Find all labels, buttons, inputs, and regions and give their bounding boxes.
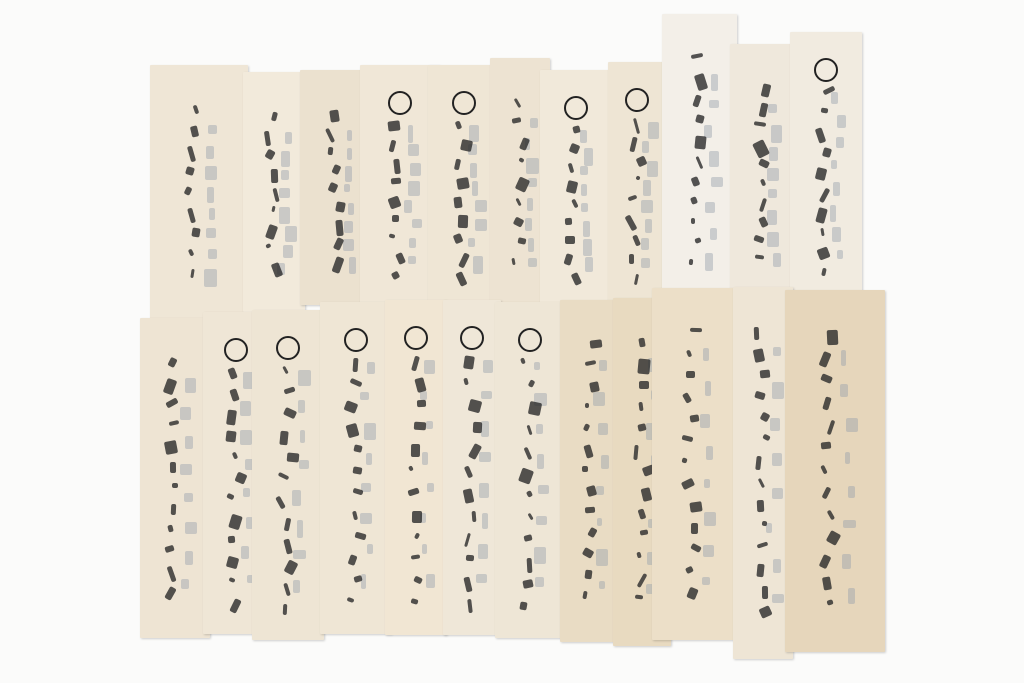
- faint-writing: [204, 269, 217, 287]
- calligraphy-stroke: [636, 551, 642, 558]
- faint-writing: [408, 181, 420, 196]
- calligraphy-stroke: [226, 430, 238, 442]
- faint-writing: [206, 228, 216, 238]
- calligraphy-stroke: [759, 102, 769, 118]
- faint-writing: [841, 350, 847, 366]
- faint-writing: [709, 100, 720, 108]
- faint-writing: [279, 207, 290, 224]
- calligraphy-stroke: [164, 544, 174, 552]
- calligraphy-stroke: [164, 440, 178, 455]
- faint-writing: [528, 178, 537, 187]
- calligraphy-stroke: [170, 462, 176, 473]
- faint-writing: [534, 362, 541, 370]
- faint-writing: [581, 203, 589, 212]
- calligraphy-stroke: [353, 358, 359, 372]
- faint-writing: [767, 210, 777, 225]
- calligraphy-stroke: [690, 196, 698, 205]
- faint-writing: [360, 513, 372, 523]
- calligraphy-stroke: [691, 218, 695, 224]
- calligraphy-stroke: [325, 128, 335, 143]
- calligraphy-stroke: [352, 510, 358, 519]
- calligraphy-stroke: [817, 246, 831, 260]
- calligraphy-stroke: [411, 554, 420, 559]
- calligraphy-stroke: [625, 215, 638, 232]
- calligraphy-stroke: [585, 360, 597, 366]
- document-photo: [0, 0, 1024, 683]
- calligraphy-stroke: [279, 431, 288, 446]
- calligraphy-stroke: [756, 499, 764, 511]
- faint-writing: [705, 202, 715, 213]
- faint-writing: [366, 453, 372, 466]
- faint-writing: [830, 205, 837, 222]
- faint-writing: [285, 132, 293, 144]
- calligraphy-stroke: [165, 586, 178, 601]
- faint-writing: [528, 258, 537, 267]
- calligraphy-stroke: [412, 511, 422, 523]
- calligraphy-stroke: [458, 253, 470, 269]
- calligraphy-stroke: [635, 176, 640, 181]
- faint-writing: [536, 516, 547, 525]
- calligraphy-stroke: [638, 359, 651, 375]
- calligraphy-stroke: [228, 577, 235, 583]
- calligraphy-stroke: [762, 586, 768, 599]
- faint-writing: [185, 551, 193, 565]
- calligraphy-stroke: [411, 444, 420, 457]
- faint-writing: [705, 253, 712, 270]
- calligraphy-stroke: [635, 155, 647, 167]
- calligraphy-stroke: [453, 158, 461, 170]
- calligraphy-stroke: [568, 143, 579, 155]
- calligraphy-stroke: [191, 228, 201, 238]
- faint-writing: [475, 200, 488, 212]
- calligraphy-stroke: [762, 433, 771, 441]
- calligraphy-stroke: [696, 114, 706, 123]
- bottom-row-paper-strip: [733, 287, 793, 659]
- faint-writing: [848, 486, 855, 498]
- faint-writing: [279, 188, 290, 197]
- faint-writing: [479, 483, 489, 499]
- calligraphy-stroke: [188, 248, 195, 256]
- calligraphy-stroke: [472, 510, 476, 522]
- faint-writing: [526, 158, 539, 174]
- calligraphy-stroke: [582, 465, 588, 471]
- faint-writing: [584, 148, 593, 165]
- calligraphy-stroke: [760, 179, 766, 187]
- faint-writing: [293, 580, 299, 593]
- faint-writing: [205, 166, 217, 180]
- faint-writing: [766, 523, 772, 533]
- calligraphy-stroke: [827, 420, 836, 436]
- calligraphy-stroke: [464, 466, 473, 479]
- calligraphy-stroke: [590, 339, 603, 348]
- calligraphy-stroke: [513, 98, 520, 108]
- calligraphy-stroke: [527, 513, 533, 520]
- calligraphy-stroke: [753, 348, 766, 363]
- calligraphy-stroke: [346, 597, 354, 603]
- faint-writing: [281, 170, 290, 181]
- faint-writing: [410, 163, 421, 176]
- calligraphy-stroke: [166, 566, 176, 582]
- calligraphy-stroke: [464, 576, 473, 592]
- calligraphy-stroke: [587, 527, 597, 538]
- calligraphy-stroke: [226, 493, 234, 500]
- calligraphy-stroke: [331, 256, 344, 274]
- faint-writing: [482, 513, 488, 529]
- faint-writing: [583, 221, 590, 237]
- calligraphy-stroke: [415, 377, 428, 393]
- bottom-row-paper-strip: [495, 302, 565, 638]
- faint-writing: [711, 177, 723, 187]
- faint-writing: [300, 430, 305, 443]
- seal-mark-icon: [404, 326, 428, 350]
- faint-writing: [293, 550, 305, 559]
- calligraphy-stroke: [686, 371, 695, 378]
- calligraphy-stroke: [282, 604, 287, 615]
- calligraphy-stroke: [388, 120, 401, 131]
- calligraphy-stroke: [571, 272, 582, 286]
- calligraphy-stroke: [349, 378, 362, 387]
- calligraphy-stroke: [639, 381, 649, 389]
- seal-mark-icon: [564, 96, 588, 120]
- calligraphy-stroke: [264, 148, 276, 160]
- bottom-row-paper-strip: [443, 300, 501, 635]
- top-row-paper-strip: [662, 14, 737, 309]
- faint-writing: [596, 549, 607, 566]
- calligraphy-stroke: [527, 401, 541, 416]
- calligraphy-stroke: [407, 487, 419, 496]
- calligraphy-stroke: [354, 531, 366, 540]
- calligraphy-stroke: [192, 105, 199, 115]
- calligraphy-stroke: [234, 472, 247, 485]
- calligraphy-stroke: [757, 541, 769, 549]
- faint-writing: [832, 227, 840, 242]
- faint-writing: [185, 378, 196, 393]
- calligraphy-stroke: [391, 271, 400, 280]
- calligraphy-stroke: [169, 419, 180, 425]
- calligraphy-stroke: [468, 399, 482, 413]
- calligraphy-stroke: [335, 220, 343, 236]
- calligraphy-stroke: [629, 254, 634, 264]
- calligraphy-stroke: [391, 177, 402, 184]
- seal-mark-icon: [625, 88, 649, 112]
- faint-writing: [422, 452, 428, 465]
- calligraphy-stroke: [327, 182, 338, 193]
- faint-writing: [641, 258, 650, 268]
- faint-writing: [703, 545, 714, 557]
- calligraphy-stroke: [520, 601, 529, 610]
- calligraphy-stroke: [827, 330, 838, 345]
- faint-writing: [585, 257, 593, 272]
- calligraphy-stroke: [165, 397, 178, 408]
- faint-writing: [209, 208, 215, 221]
- faint-writing: [831, 160, 837, 170]
- calligraphy-stroke: [522, 579, 533, 588]
- faint-writing: [281, 151, 290, 167]
- calligraphy-stroke: [820, 464, 828, 474]
- faint-writing: [536, 424, 543, 434]
- calligraphy-stroke: [513, 216, 525, 227]
- faint-writing: [184, 493, 193, 502]
- faint-writing: [580, 166, 588, 175]
- calligraphy-stroke: [691, 176, 701, 187]
- calligraphy-stroke: [686, 349, 692, 357]
- faint-writing: [538, 485, 548, 494]
- seal-mark-icon: [452, 91, 476, 115]
- calligraphy-stroke: [265, 243, 271, 249]
- calligraphy-stroke: [752, 139, 770, 158]
- calligraphy-stroke: [819, 554, 832, 569]
- faint-writing: [180, 464, 192, 475]
- calligraphy-stroke: [413, 532, 419, 539]
- faint-writing: [843, 520, 855, 528]
- calligraphy-stroke: [271, 206, 275, 212]
- calligraphy-stroke: [283, 539, 293, 555]
- faint-writing: [344, 184, 350, 192]
- calligraphy-stroke: [329, 109, 340, 122]
- faint-writing: [470, 163, 477, 178]
- faint-writing: [472, 181, 479, 195]
- calligraphy-stroke: [393, 158, 400, 173]
- top-row-paper-strip: [730, 44, 795, 304]
- calligraphy-stroke: [526, 557, 532, 572]
- calligraphy-stroke: [584, 570, 592, 579]
- calligraphy-stroke: [387, 195, 401, 209]
- calligraphy-stroke: [517, 467, 533, 484]
- calligraphy-stroke: [395, 252, 406, 265]
- faint-writing: [771, 125, 783, 143]
- calligraphy-stroke: [517, 237, 526, 244]
- bottom-row-paper-strip: [560, 300, 620, 642]
- calligraphy-stroke: [638, 402, 643, 412]
- faint-writing: [408, 144, 418, 156]
- faint-writing: [426, 421, 433, 429]
- faint-writing: [703, 348, 708, 361]
- faint-writing: [596, 486, 604, 495]
- calligraphy-stroke: [226, 556, 239, 570]
- calligraphy-stroke: [821, 108, 828, 114]
- faint-writing: [243, 488, 250, 497]
- faint-writing: [704, 479, 710, 488]
- calligraphy-stroke: [755, 254, 764, 259]
- faint-writing: [705, 381, 710, 396]
- calligraphy-stroke: [227, 367, 237, 379]
- calligraphy-stroke: [413, 575, 423, 584]
- faint-writing: [181, 579, 190, 589]
- calligraphy-stroke: [463, 355, 475, 369]
- faint-writing: [641, 238, 650, 250]
- calligraphy-stroke: [690, 543, 702, 553]
- calligraphy-stroke: [345, 422, 359, 438]
- calligraphy-stroke: [516, 198, 522, 206]
- faint-writing: [527, 198, 533, 211]
- calligraphy-stroke: [190, 125, 199, 137]
- faint-writing: [702, 577, 710, 585]
- faint-writing: [534, 547, 546, 565]
- calligraphy-stroke: [818, 188, 830, 204]
- faint-writing: [360, 392, 368, 400]
- faint-writing: [478, 544, 488, 559]
- faint-writing: [848, 588, 855, 604]
- calligraphy-stroke: [692, 94, 702, 108]
- calligraphy-stroke: [691, 53, 703, 59]
- calligraphy-stroke: [453, 233, 464, 244]
- calligraphy-stroke: [822, 147, 832, 158]
- calligraphy-stroke: [628, 194, 638, 201]
- faint-writing: [772, 453, 782, 466]
- calligraphy-stroke: [584, 507, 595, 513]
- calligraphy-stroke: [815, 207, 828, 224]
- calligraphy-stroke: [270, 169, 278, 184]
- calligraphy-stroke: [696, 156, 704, 170]
- faint-writing: [483, 360, 493, 373]
- calligraphy-stroke: [163, 378, 177, 396]
- calligraphy-stroke: [275, 496, 286, 510]
- calligraphy-stroke: [689, 501, 702, 512]
- faint-writing: [711, 74, 718, 91]
- faint-writing: [772, 488, 783, 499]
- calligraphy-stroke: [565, 217, 572, 225]
- calligraphy-stroke: [455, 120, 463, 130]
- faint-writing: [773, 559, 781, 574]
- calligraphy-stroke: [283, 582, 290, 595]
- faint-writing: [599, 581, 605, 589]
- calligraphy-stroke: [826, 599, 833, 605]
- faint-writing: [525, 218, 532, 231]
- faint-writing: [412, 219, 422, 229]
- calligraphy-stroke: [389, 139, 396, 152]
- faint-writing: [208, 125, 217, 134]
- faint-writing: [773, 347, 781, 356]
- calligraphy-stroke: [284, 559, 299, 575]
- calligraphy-stroke: [821, 268, 827, 276]
- faint-writing: [648, 122, 659, 139]
- calligraphy-stroke: [633, 118, 640, 134]
- faint-writing: [840, 384, 848, 397]
- faint-writing: [580, 130, 587, 143]
- faint-writing: [347, 148, 353, 160]
- faint-writing: [367, 362, 376, 374]
- calligraphy-stroke: [635, 594, 643, 599]
- calligraphy-stroke: [589, 381, 600, 393]
- calligraphy-stroke: [229, 598, 242, 614]
- calligraphy-stroke: [411, 598, 420, 605]
- calligraphy-stroke: [690, 328, 702, 333]
- calligraphy-stroke: [467, 599, 473, 614]
- calligraphy-stroke: [760, 412, 771, 423]
- calligraphy-stroke: [759, 198, 767, 213]
- calligraphy-stroke: [638, 338, 646, 348]
- faint-writing: [404, 200, 412, 213]
- calligraphy-stroke: [230, 388, 241, 402]
- calligraphy-stroke: [187, 146, 196, 162]
- calligraphy-stroke: [682, 435, 694, 442]
- faint-writing: [409, 238, 415, 248]
- calligraphy-stroke: [277, 472, 288, 481]
- calligraphy-stroke: [463, 488, 475, 503]
- faint-writing: [208, 249, 217, 259]
- calligraphy-stroke: [168, 357, 179, 368]
- calligraphy-stroke: [464, 378, 470, 385]
- top-row-paper-strip: [150, 65, 248, 320]
- seal-mark-icon: [388, 91, 412, 115]
- faint-writing: [597, 518, 602, 526]
- calligraphy-stroke: [271, 112, 278, 122]
- calligraphy-stroke: [689, 258, 693, 264]
- seal-mark-icon: [460, 326, 484, 350]
- faint-writing: [240, 430, 252, 445]
- calligraphy-stroke: [821, 442, 832, 450]
- calligraphy-stroke: [184, 186, 193, 196]
- calligraphy-stroke: [634, 273, 639, 284]
- faint-writing: [206, 146, 215, 159]
- faint-writing: [643, 180, 651, 196]
- faint-writing: [298, 370, 310, 386]
- faint-writing: [772, 594, 783, 603]
- calligraphy-stroke: [331, 164, 341, 175]
- calligraphy-stroke: [682, 392, 692, 403]
- faint-writing: [343, 239, 354, 252]
- faint-writing: [361, 574, 366, 589]
- faint-writing: [345, 166, 352, 182]
- faint-writing: [767, 232, 778, 247]
- faint-writing: [593, 392, 605, 407]
- bottom-row-paper-strip: [785, 290, 885, 652]
- faint-writing: [475, 219, 486, 231]
- calligraphy-stroke: [758, 606, 772, 619]
- calligraphy-stroke: [753, 235, 764, 244]
- calligraphy-stroke: [823, 397, 833, 411]
- calligraphy-stroke: [819, 351, 833, 368]
- calligraphy-stroke: [347, 554, 357, 566]
- calligraphy-stroke: [416, 400, 425, 407]
- calligraphy-stroke: [526, 424, 532, 434]
- faint-writing: [647, 161, 658, 178]
- calligraphy-stroke: [753, 121, 765, 127]
- calligraphy-stroke: [694, 73, 709, 91]
- faint-writing: [768, 104, 777, 113]
- faint-writing: [469, 125, 480, 142]
- faint-writing: [704, 512, 716, 526]
- calligraphy-stroke: [821, 487, 831, 500]
- calligraphy-stroke: [472, 422, 481, 433]
- calligraphy-stroke: [228, 536, 236, 543]
- calligraphy-stroke: [282, 366, 289, 375]
- calligraphy-stroke: [283, 386, 295, 394]
- calligraphy-stroke: [411, 356, 420, 372]
- faint-writing: [831, 92, 838, 104]
- calligraphy-stroke: [344, 400, 358, 413]
- faint-writing: [364, 423, 376, 440]
- faint-writing: [473, 256, 483, 274]
- calligraphy-stroke: [454, 196, 463, 208]
- faint-writing: [768, 189, 777, 198]
- calligraphy-stroke: [564, 254, 574, 266]
- faint-writing: [535, 577, 545, 587]
- calligraphy-stroke: [190, 269, 195, 278]
- faint-writing: [299, 460, 309, 469]
- calligraphy-stroke: [825, 530, 841, 546]
- faint-writing: [479, 452, 491, 462]
- bottom-row-paper-strip: [385, 300, 447, 635]
- calligraphy-stroke: [815, 167, 828, 181]
- faint-writing: [426, 574, 435, 587]
- calligraphy-stroke: [691, 523, 699, 534]
- calligraphy-stroke: [760, 83, 771, 98]
- faint-writing: [845, 452, 850, 464]
- calligraphy-stroke: [689, 414, 699, 422]
- calligraphy-stroke: [187, 207, 196, 222]
- calligraphy-stroke: [283, 517, 290, 531]
